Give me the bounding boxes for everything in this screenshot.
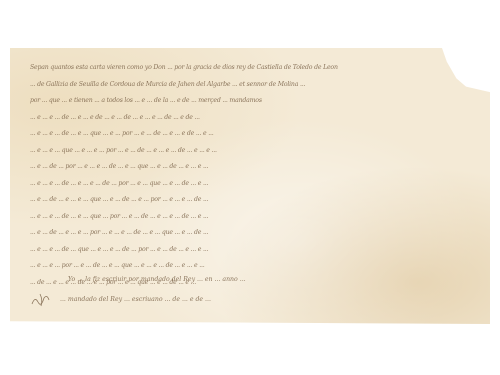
signature-block: Yo ... la fiz escriuir por mandado del R… (30, 270, 450, 310)
parchment-document: Sepan quantos esta carta vieren como yo … (10, 48, 490, 324)
manuscript-line: ... e ... e ... de ... que ... e ... e .… (30, 242, 485, 259)
manuscript-line: ... e ... de ... por ... e ... e ... de … (30, 159, 485, 176)
manuscript-line: ... e ... de ... e ... e ... por ... e .… (30, 225, 485, 242)
manuscript-line: ... e ... e ... de ... e ... que ... e .… (30, 126, 485, 143)
signum-flourish-icon (30, 292, 52, 308)
manuscript-line: ... e ... e ... de ... e ... e de ... e … (30, 110, 485, 127)
manuscript-line: ... de Gallizia de Seuilla de Cordoua de… (30, 77, 485, 94)
manuscript-line: ... e ... e ... de ... e ... e ... de ..… (30, 176, 485, 193)
manuscript-body: Sepan quantos esta carta vieren como yo … (30, 60, 485, 291)
manuscript-line: por ... que ... e tienen ... a todos los… (30, 93, 485, 110)
signature-line: Yo ... la fiz escriuir por mandado del R… (30, 270, 450, 290)
manuscript-line: Sepan quantos esta carta vieren como yo … (30, 60, 485, 77)
manuscript-line: ... e ... e ... de ... e ... que ... por… (30, 209, 485, 226)
manuscript-line: ... e ... e ... que ... e ... e ... por … (30, 143, 485, 160)
signature-line: ... mandado del Rey ... escriuano ... de… (30, 290, 450, 310)
manuscript-line: ... e ... de ... e ... e ... que ... e .… (30, 192, 485, 209)
